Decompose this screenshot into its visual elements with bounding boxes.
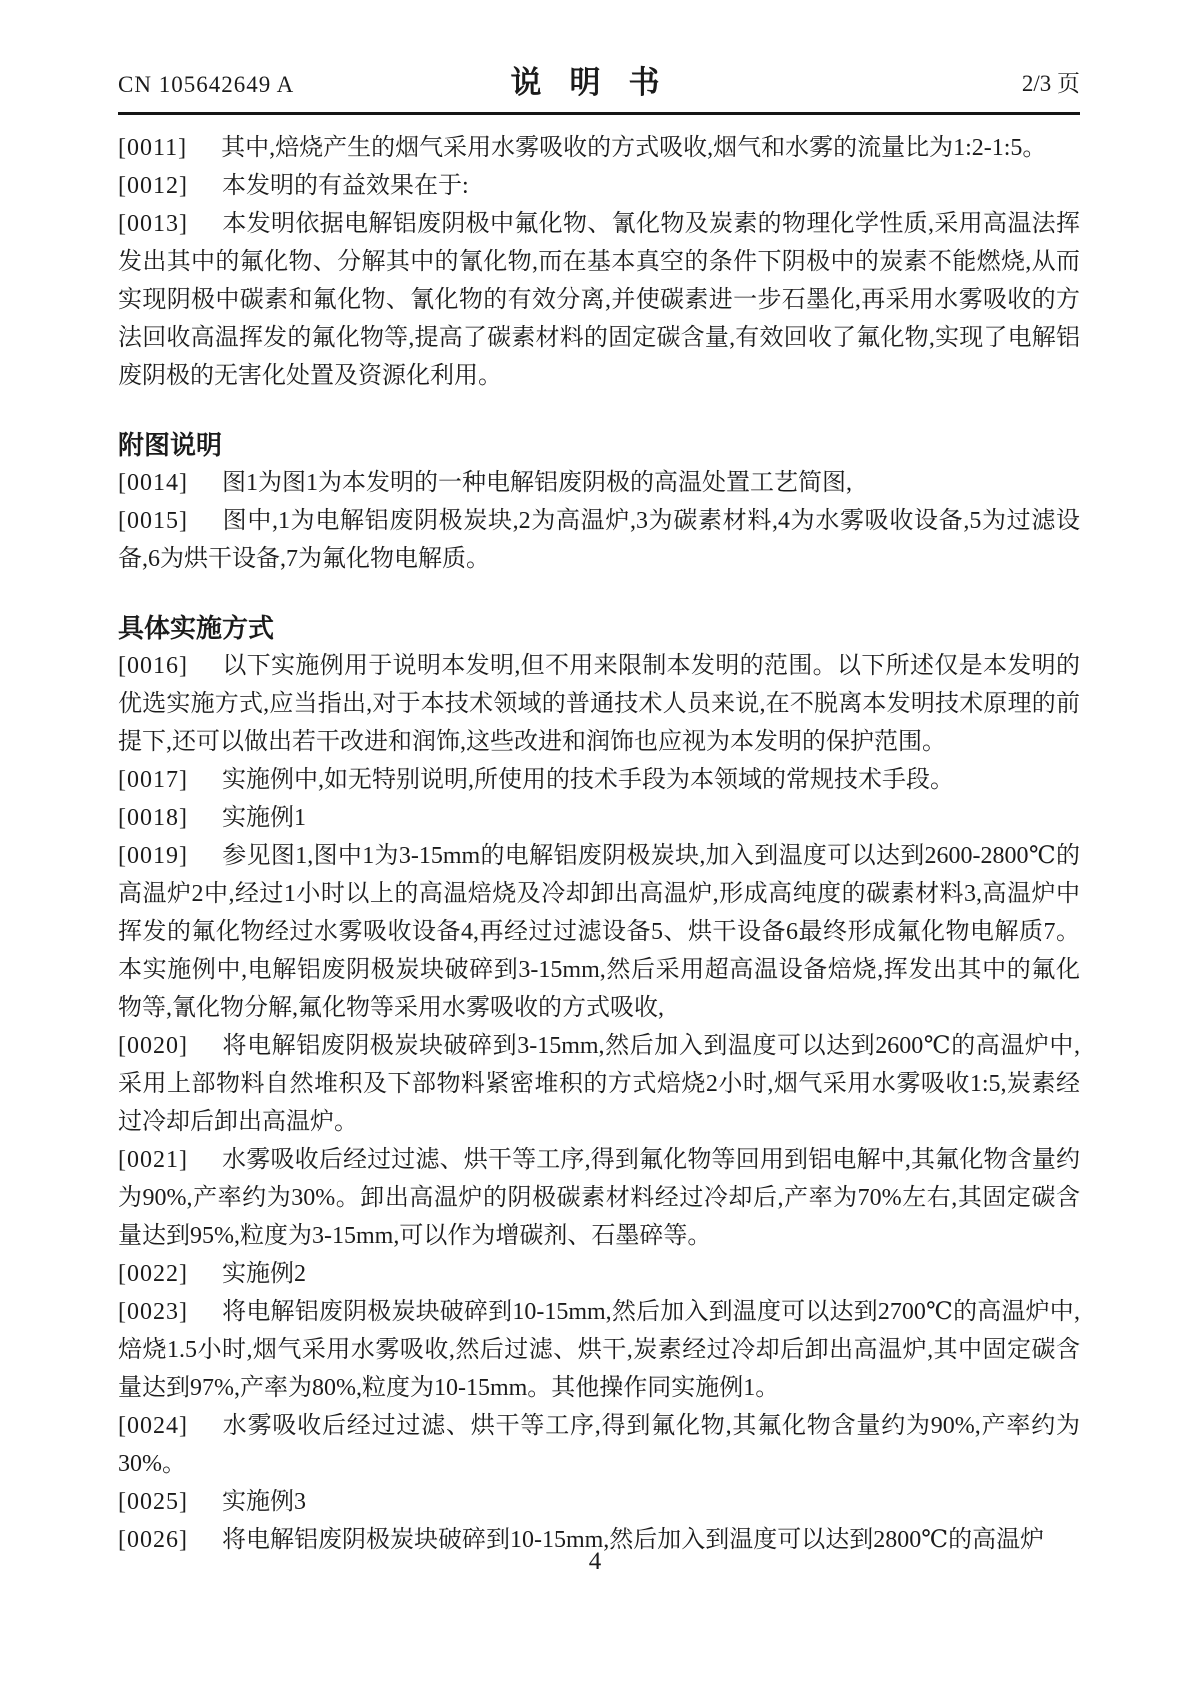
paragraph-number: [0012] — [118, 167, 188, 205]
paragraph-number: [0014] — [118, 464, 188, 502]
paragraph-number: [0021] — [118, 1141, 188, 1179]
section-heading: 附图说明 — [118, 426, 1080, 464]
paragraph-text: 本发明的有益效果在于: — [222, 173, 469, 199]
paragraph-number: [0025] — [118, 1483, 188, 1521]
paragraph: [0023]将电解铝废阴极炭块破碎到10-15mm,然后加入到温度可以达到270… — [118, 1293, 1080, 1407]
paragraph: [0018]实施例1 — [118, 799, 1080, 837]
paragraph-number: [0018] — [118, 799, 188, 837]
paragraph-text: 将电解铝废阴极炭块破碎到10-15mm,然后加入到温度可以达到2700℃的高温炉… — [118, 1299, 1080, 1401]
paragraph-number: [0019] — [118, 837, 188, 875]
paragraph-text: 将电解铝废阴极炭块破碎到3-15mm,然后加入到温度可以达到2600℃的高温炉中… — [118, 1033, 1080, 1135]
paragraph-text: 实施例3 — [222, 1489, 306, 1515]
paragraph-number: [0016] — [118, 647, 188, 685]
paragraph: [0020]将电解铝废阴极炭块破碎到3-15mm,然后加入到温度可以达到2600… — [118, 1027, 1080, 1141]
paragraph: [0021]水雾吸收后经过过滤、烘干等工序,得到氟化物等回用到铝电解中,其氟化物… — [118, 1141, 1080, 1255]
document-body: [0011]其中,焙烧产生的烟气采用水雾吸收的方式吸收,烟气和水雾的流量比为1:… — [118, 115, 1080, 1559]
paragraph-text: 本发明依据电解铝废阴极中氟化物、氰化物及炭素的物理化学性质,采用高温法挥发出其中… — [118, 211, 1080, 389]
publication-number: CN 105642649 A — [118, 72, 294, 98]
paragraph: [0011]其中,焙烧产生的烟气采用水雾吸收的方式吸收,烟气和水雾的流量比为1:… — [118, 129, 1080, 167]
paragraph-text: 实施例1 — [222, 805, 306, 831]
paragraph: [0016]以下实施例用于说明本发明,但不用来限制本发明的范围。以下所述仅是本发… — [118, 647, 1080, 761]
paragraph-text: 以下实施例用于说明本发明,但不用来限制本发明的范围。以下所述仅是本发明的优选实施… — [118, 653, 1080, 755]
paragraph-number: [0020] — [118, 1027, 188, 1065]
paragraph-text: 图中,1为电解铝废阴极炭块,2为高温炉,3为碳素材料,4为水雾吸收设备,5为过滤… — [118, 508, 1080, 572]
paragraph-text: 水雾吸收后经过过滤、烘干等工序,得到氟化物等回用到铝电解中,其氟化物含量约为90… — [118, 1147, 1080, 1249]
paragraph-text: 其中,焙烧产生的烟气采用水雾吸收的方式吸收,烟气和水雾的流量比为1:2-1:5。 — [221, 135, 1046, 161]
page-indicator: 2/3 页 — [1022, 65, 1080, 98]
paragraph-text: 水雾吸收后经过过滤、烘干等工序,得到氟化物,其氟化物含量约为90%,产率约为30… — [118, 1413, 1080, 1477]
paragraph: [0015]图中,1为电解铝废阴极炭块,2为高温炉,3为碳素材料,4为水雾吸收设… — [118, 502, 1080, 578]
paragraph-number: [0013] — [118, 205, 188, 243]
paragraph-text: 图1为图1为本发明的一种电解铝废阴极的高温处置工艺简图, — [222, 470, 852, 496]
paragraph: [0013]本发明依据电解铝废阴极中氟化物、氰化物及炭素的物理化学性质,采用高温… — [118, 205, 1080, 395]
paragraph-number: [0022] — [118, 1255, 188, 1293]
paragraph-number: [0015] — [118, 502, 188, 540]
paragraph: [0014]图1为图1为本发明的一种电解铝废阴极的高温处置工艺简图, — [118, 464, 1080, 502]
paragraph-number: [0023] — [118, 1293, 188, 1331]
paragraph-text: 参见图1,图中1为3-15mm的电解铝废阴极炭块,加入到温度可以达到2600-2… — [118, 843, 1080, 1021]
document-title: 说明书 — [511, 57, 688, 102]
paragraph: [0025]实施例3 — [118, 1483, 1080, 1521]
patent-specification-page: CN 105642649 A 说明书 2/3 页 [0011]其中,焙烧产生的烟… — [0, 0, 1190, 1684]
paragraph: [0019]参见图1,图中1为3-15mm的电解铝废阴极炭块,加入到温度可以达到… — [118, 837, 1080, 1027]
paragraph-number: [0017] — [118, 761, 188, 799]
paragraph: [0022]实施例2 — [118, 1255, 1080, 1293]
paragraph-text: 实施例中,如无特别说明,所使用的技术手段为本领域的常规技术手段。 — [222, 767, 954, 793]
paragraph: [0017]实施例中,如无特别说明,所使用的技术手段为本领域的常规技术手段。 — [118, 761, 1080, 799]
paragraph-text: 实施例2 — [222, 1261, 306, 1287]
paragraph: [0012]本发明的有益效果在于: — [118, 167, 1080, 205]
paragraph: [0024]水雾吸收后经过过滤、烘干等工序,得到氟化物,其氟化物含量约为90%,… — [118, 1407, 1080, 1483]
paragraph-number: [0024] — [118, 1407, 188, 1445]
section-heading: 具体实施方式 — [118, 609, 1080, 647]
page-number: 4 — [0, 1548, 1190, 1576]
paragraph-number: [0011] — [118, 129, 187, 167]
page-header: CN 105642649 A 说明书 2/3 页 — [118, 0, 1080, 102]
